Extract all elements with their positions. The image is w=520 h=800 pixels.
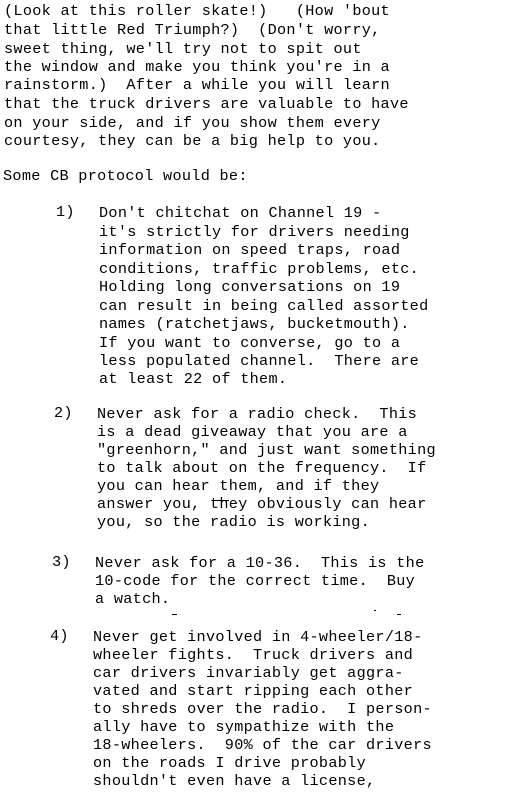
item-line: Never ask for a 10-36. This is the: [95, 554, 425, 573]
intro-line: rainstorm.) After a while you will learn: [4, 76, 390, 95]
item-line: ally have to sympathize with the: [93, 718, 394, 737]
intro-line: (Look at this roller skate!) (How 'bout: [4, 2, 390, 21]
scan-artifact: [374, 610, 376, 611]
item-line: Never get involved in 4-wheeler/18-: [93, 628, 423, 647]
item-line: can result in being called assorted: [99, 297, 429, 316]
item-line: If you want to converse, go to a: [99, 334, 400, 353]
item-line: less populated channel. There are: [99, 352, 419, 371]
intro-line: the window and make you think you're in …: [4, 58, 390, 77]
document-page: (Look at this roller skate!) (How 'bout …: [0, 0, 520, 800]
scan-artifact: [397, 614, 401, 615]
item-line: you can hear them, and if they: [97, 477, 379, 496]
item-line: 10-code for the correct time. Buy: [95, 572, 415, 591]
item-number: 4): [50, 627, 69, 646]
item-line: information on speed traps, road: [99, 241, 400, 260]
intro-line: that little Red Triumph?) (Don't worry,: [4, 21, 381, 40]
intro-line: on your side, and if you show them every: [4, 114, 381, 133]
scan-artifact: [172, 614, 177, 615]
item-line: vated and start ripping each other: [93, 682, 413, 701]
item-number: 3): [52, 553, 71, 572]
intro-line: that the truck drivers are valuable to h…: [4, 95, 409, 114]
item-line: on the roads I drive probably: [93, 754, 366, 773]
item-line: answer you, they obviously can hear: [97, 495, 427, 514]
item-line: it's strictly for drivers needing: [99, 223, 410, 242]
item-line: Never ask for a radio check. This: [97, 405, 417, 424]
item-line: 18-wheelers. 90% of the car drivers: [93, 736, 432, 755]
item-number: 2): [54, 404, 73, 423]
item-line: Holding long conversations on 19: [99, 278, 400, 297]
item-line: wheeler fights. Truck drivers and: [93, 646, 413, 665]
scan-artifact: [217, 500, 229, 501]
item-number: 1): [56, 203, 75, 222]
intro-line: sweet thing, we'll try not to spit out: [4, 40, 362, 59]
item-line: a watch.: [95, 590, 170, 609]
item-line: is a dead giveaway that you are a: [97, 423, 408, 442]
item-line: names (ratchetjaws, bucketmouth).: [99, 315, 410, 334]
item-line: Don't chitchat on Channel 19 -: [99, 204, 381, 223]
item-line: shouldn't even have a license,: [93, 772, 375, 791]
item-line: to talk about on the frequency. If: [97, 459, 427, 478]
item-line: to shreds over the radio. I person-: [93, 700, 432, 719]
item-line: you, so the radio is working.: [97, 513, 370, 532]
section-heading: Some CB protocol would be:: [3, 167, 248, 186]
item-line: car drivers invariably get aggra-: [93, 664, 404, 683]
intro-line: courtesy, they can be a big help to you.: [4, 132, 381, 151]
item-line: conditions, traffic problems, etc.: [99, 260, 419, 279]
item-line: "greenhorn," and just want something: [97, 441, 436, 460]
item-line: at least 22 of them.: [99, 370, 287, 389]
